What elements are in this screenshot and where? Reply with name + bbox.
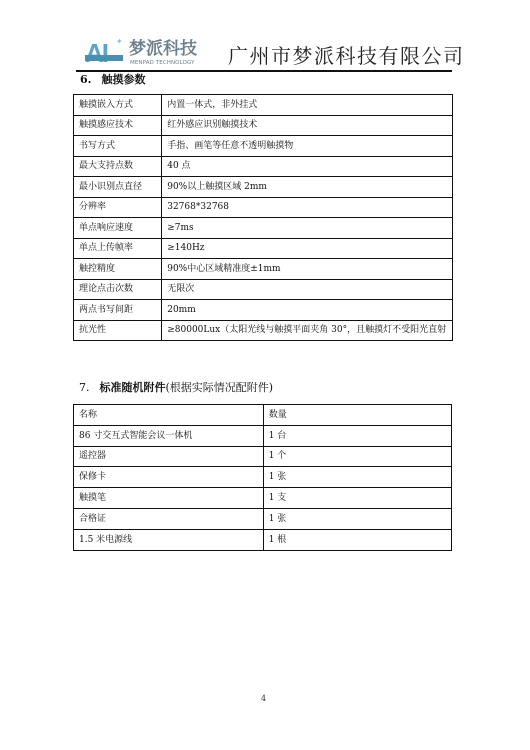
item-name: 保修卡: [74, 467, 264, 488]
param-name: 抗光性: [74, 320, 162, 341]
param-name: 两点书写间距: [74, 300, 162, 321]
table-row: 分辨率32768*32768: [74, 197, 453, 218]
table-row: 书写方式手指、画笔等任意不透明触摸物: [74, 136, 453, 157]
param-value: 32768*32768: [162, 197, 453, 218]
param-value: 内置一体式，非外挂式: [162, 95, 453, 116]
item-quantity: 1 支: [263, 488, 451, 509]
table-row: 触摸笔1 支: [74, 488, 452, 509]
table-row: 86 寸交互式智能会议一体机1 台: [74, 425, 452, 446]
accessories-table: 名称 数量 86 寸交互式智能会议一体机1 台 遥控器1 个 保修卡1 张 触摸…: [73, 404, 452, 551]
document-page: AI ✦ 梦派科技 MENPAD TECHNOLOGY 广州市梦派科技有限公司 …: [0, 0, 530, 750]
item-name: 86 寸交互式智能会议一体机: [74, 425, 264, 446]
param-value: ≥80000Lux（太阳光线与触摸平面夹角 30°，且触摸灯不受阳光直射: [162, 320, 453, 341]
sparkle-icon: ✦: [116, 38, 123, 46]
table-row: 触摸感应技术红外感应识别触摸技术: [74, 115, 453, 136]
table-header-row: 名称 数量: [74, 405, 452, 426]
item-quantity: 1 张: [263, 467, 451, 488]
param-name: 书写方式: [74, 136, 162, 157]
table-row: 保修卡1 张: [74, 467, 452, 488]
table-row: 抗光性≥80000Lux（太阳光线与触摸平面夹角 30°，且触摸灯不受阳光直射: [74, 320, 453, 341]
param-name: 分辨率: [74, 197, 162, 218]
column-header-quantity: 数量: [263, 405, 451, 426]
param-value: ≥140Hz: [162, 238, 453, 259]
table-row: 触摸嵌入方式内置一体式，非外挂式: [74, 95, 453, 116]
table-row: 理论点击次数无限次: [74, 279, 453, 300]
item-quantity: 1 台: [263, 425, 451, 446]
table-row: 单点上传帧率≥140Hz: [74, 238, 453, 259]
param-value: 40 点: [162, 156, 453, 177]
param-name: 触摸嵌入方式: [74, 95, 162, 116]
item-name: 遥控器: [74, 446, 264, 467]
section-number: 6.: [80, 73, 91, 86]
section-title: 触摸参数: [101, 73, 145, 86]
section-title: 标准随机附件: [100, 381, 166, 394]
item-quantity: 1 张: [263, 508, 451, 529]
param-value: 20mm: [162, 300, 453, 321]
param-value: 无限次: [162, 279, 453, 300]
logo-mark: AI: [85, 38, 107, 68]
param-name: 最小识别点直径: [74, 177, 162, 198]
section-6-heading: 6.触摸参数: [80, 73, 145, 87]
item-quantity: 1 个: [263, 446, 451, 467]
touch-parameters-table: 触摸嵌入方式内置一体式，非外挂式 触摸感应技术红外感应识别触摸技术 书写方式手指…: [73, 94, 453, 341]
logo-name-cn: 梦派科技: [129, 39, 197, 59]
section-number: 7.: [79, 381, 90, 394]
table-row: 遥控器1 个: [74, 446, 452, 467]
param-value: ≥7ms: [162, 218, 453, 239]
item-name: 合格证: [74, 508, 264, 529]
param-value: 红外感应识别触摸技术: [162, 115, 453, 136]
header-divider: [76, 70, 452, 72]
item-name: 触摸笔: [74, 488, 264, 509]
page-number: 4: [261, 694, 266, 703]
company-logo: AI ✦ 梦派科技 MENPAD TECHNOLOGY: [85, 38, 205, 68]
logo-band: [85, 55, 123, 61]
table-row: 合格证1 张: [74, 508, 452, 529]
table-row: 最小识别点直径90%以上触摸区域 2mm: [74, 177, 453, 198]
item-quantity: 1 根: [263, 529, 451, 550]
param-name: 触摸感应技术: [74, 115, 162, 136]
item-name: 1.5 米电源线: [74, 529, 264, 550]
logo-name-en: MENPAD TECHNOLOGY: [130, 60, 195, 67]
param-name: 触控精度: [74, 259, 162, 280]
table-row: 两点书写间距20mm: [74, 300, 453, 321]
company-name: 广州市梦派科技有限公司: [228, 44, 465, 68]
section-note: (根据实际情况配附件): [166, 381, 274, 394]
table-row: 1.5 米电源线1 根: [74, 529, 452, 550]
table-row: 触控精度90%中心区域精准度±1mm: [74, 259, 453, 280]
table-row: 最大支持点数40 点: [74, 156, 453, 177]
param-name: 最大支持点数: [74, 156, 162, 177]
param-name: 理论点击次数: [74, 279, 162, 300]
param-name: 单点上传帧率: [74, 238, 162, 259]
column-header-name: 名称: [74, 405, 264, 426]
param-name: 单点响应速度: [74, 218, 162, 239]
param-value: 90%中心区域精准度±1mm: [162, 259, 453, 280]
param-value: 手指、画笔等任意不透明触摸物: [162, 136, 453, 157]
param-value: 90%以上触摸区域 2mm: [162, 177, 453, 198]
table-row: 单点响应速度≥7ms: [74, 218, 453, 239]
section-7-heading: 7.标准随机附件(根据实际情况配附件): [79, 381, 273, 395]
